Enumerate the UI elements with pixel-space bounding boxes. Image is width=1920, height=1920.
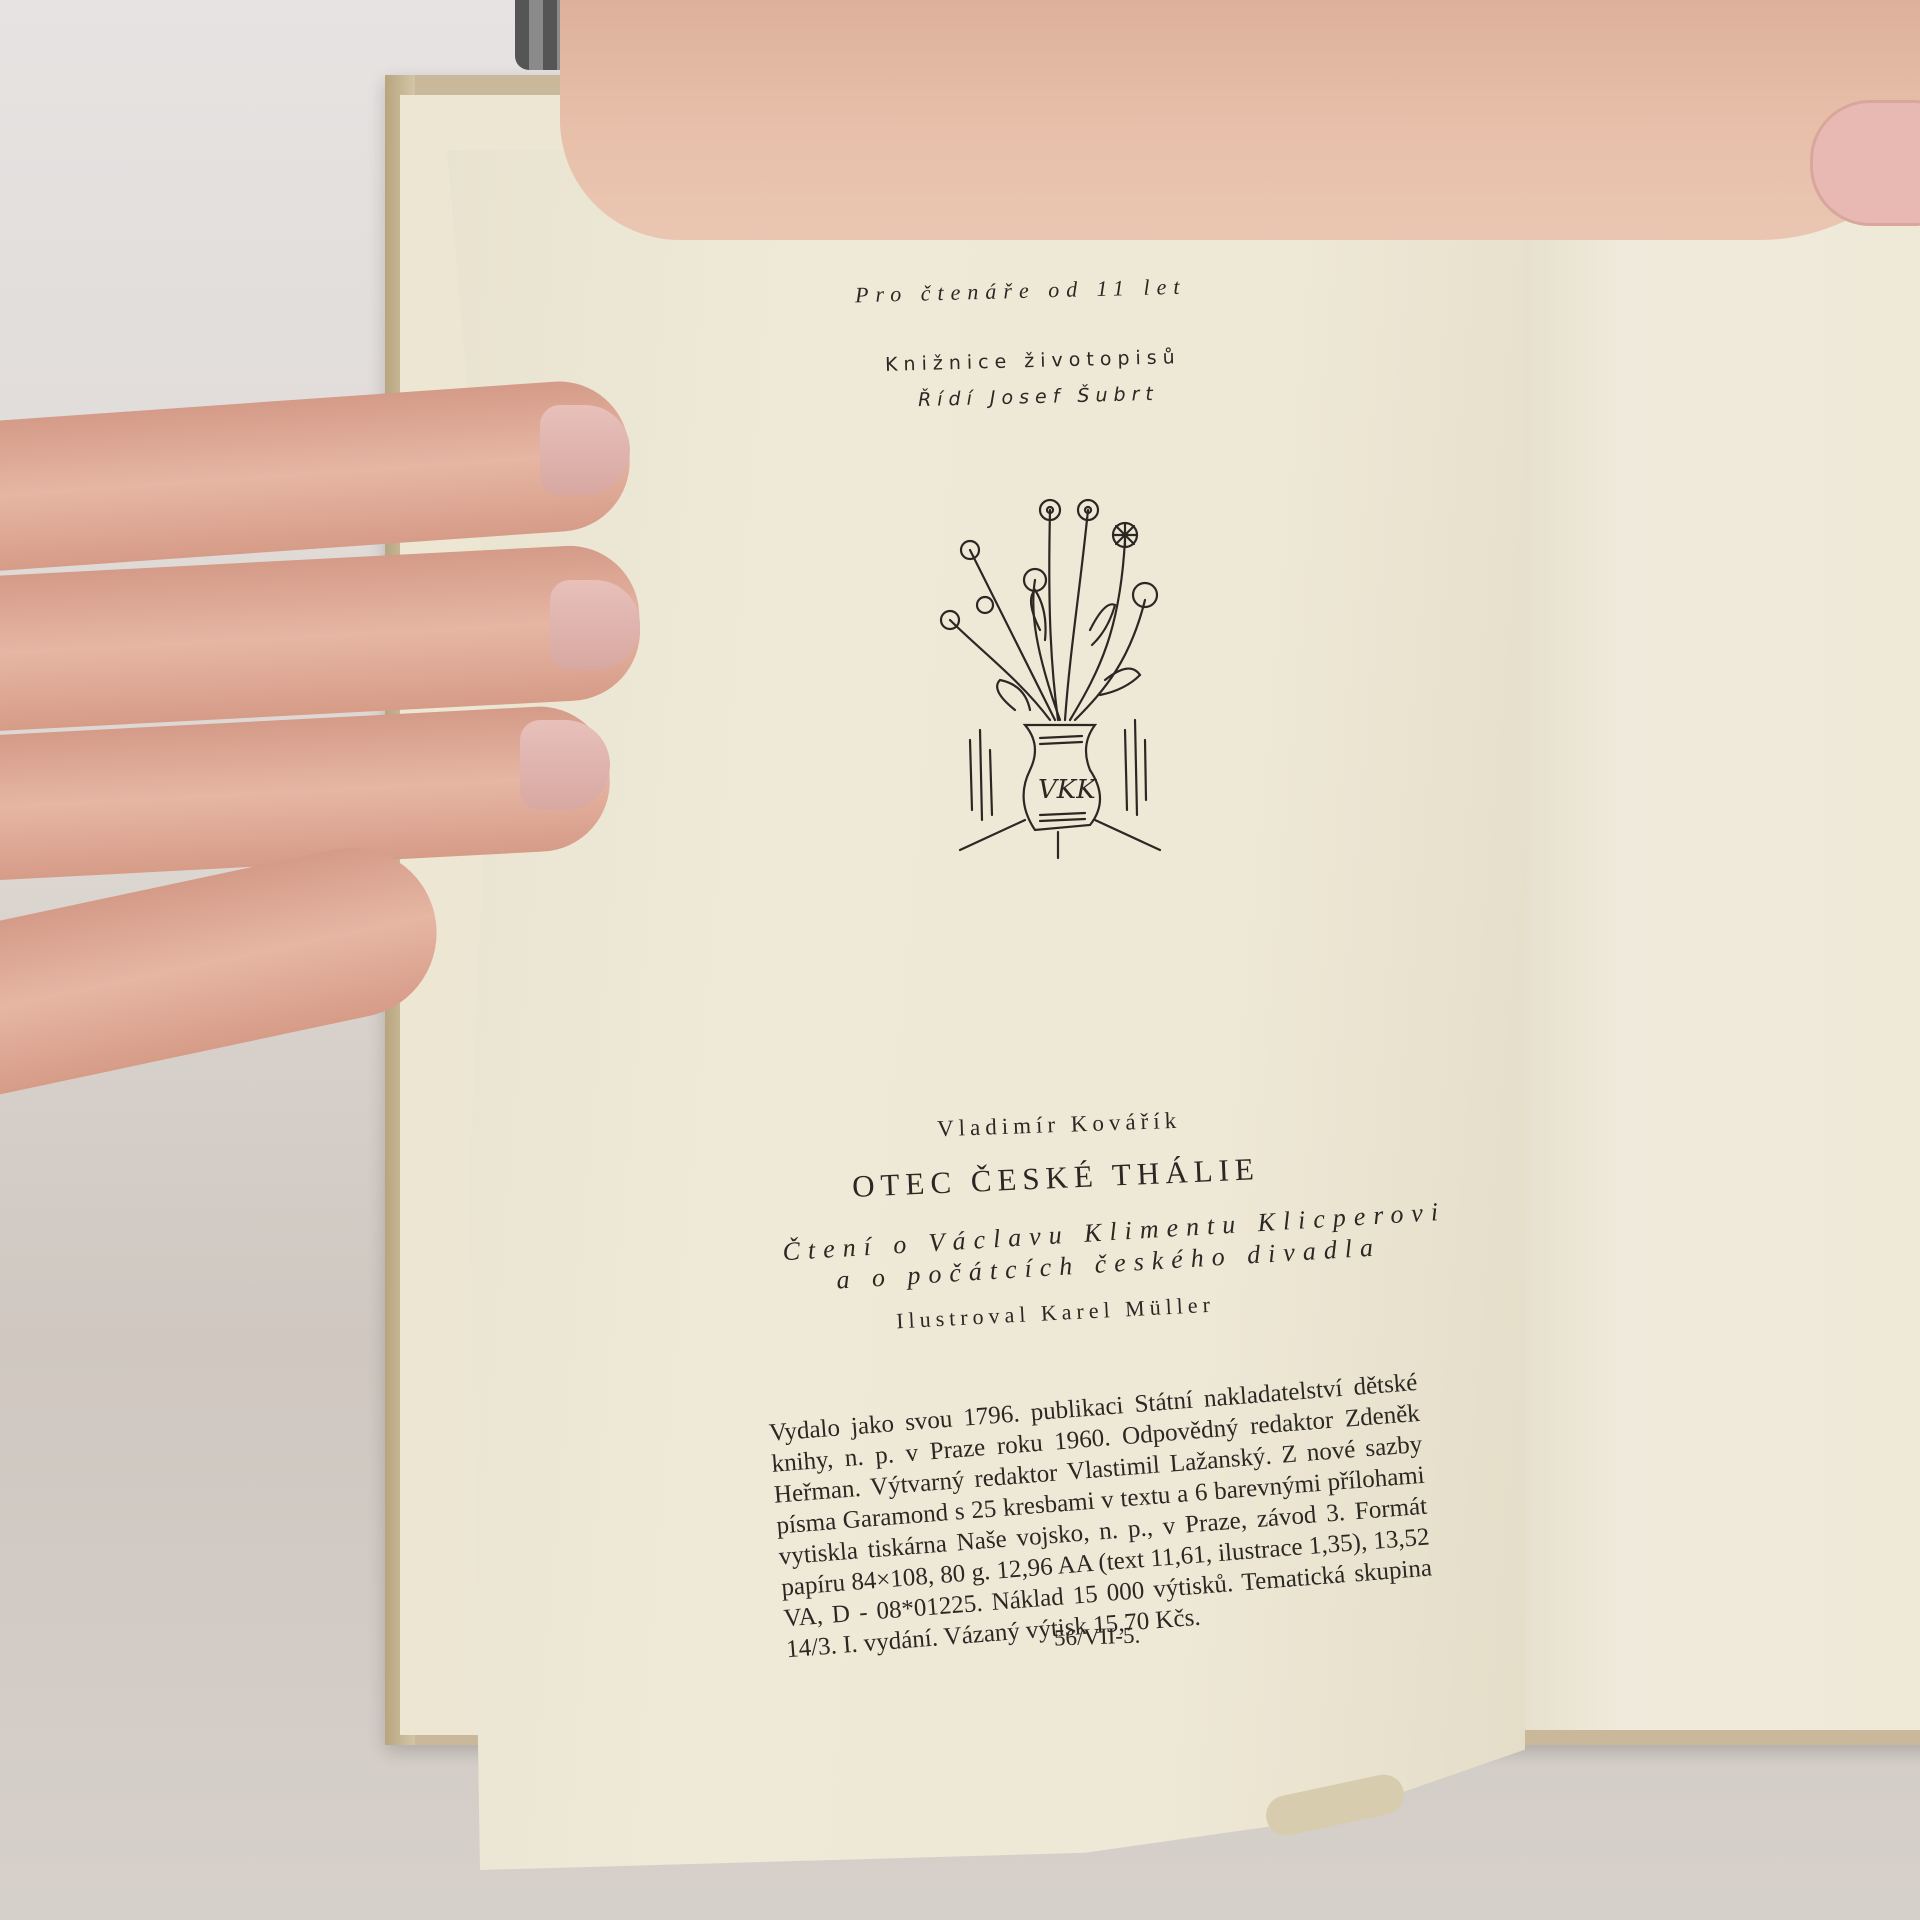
fingernail (520, 720, 610, 810)
right-page (1515, 100, 1920, 1730)
fingernail (550, 580, 640, 670)
right-hand (560, 0, 1920, 240)
fingernail (540, 405, 630, 495)
photo-scene: Pro čtenáře od 11 let Knižnice životopis… (0, 0, 1920, 1920)
vase-monogram: VKK (1038, 775, 1097, 805)
imprint-colophon: Vydalo jako svou 1796. publikaci Státní … (768, 1367, 1435, 1665)
flower-vase-illustration: VKK (930, 480, 1190, 860)
thumb-nail (1810, 100, 1920, 226)
catalog-code: 56/VII-5. (1054, 1623, 1141, 1652)
